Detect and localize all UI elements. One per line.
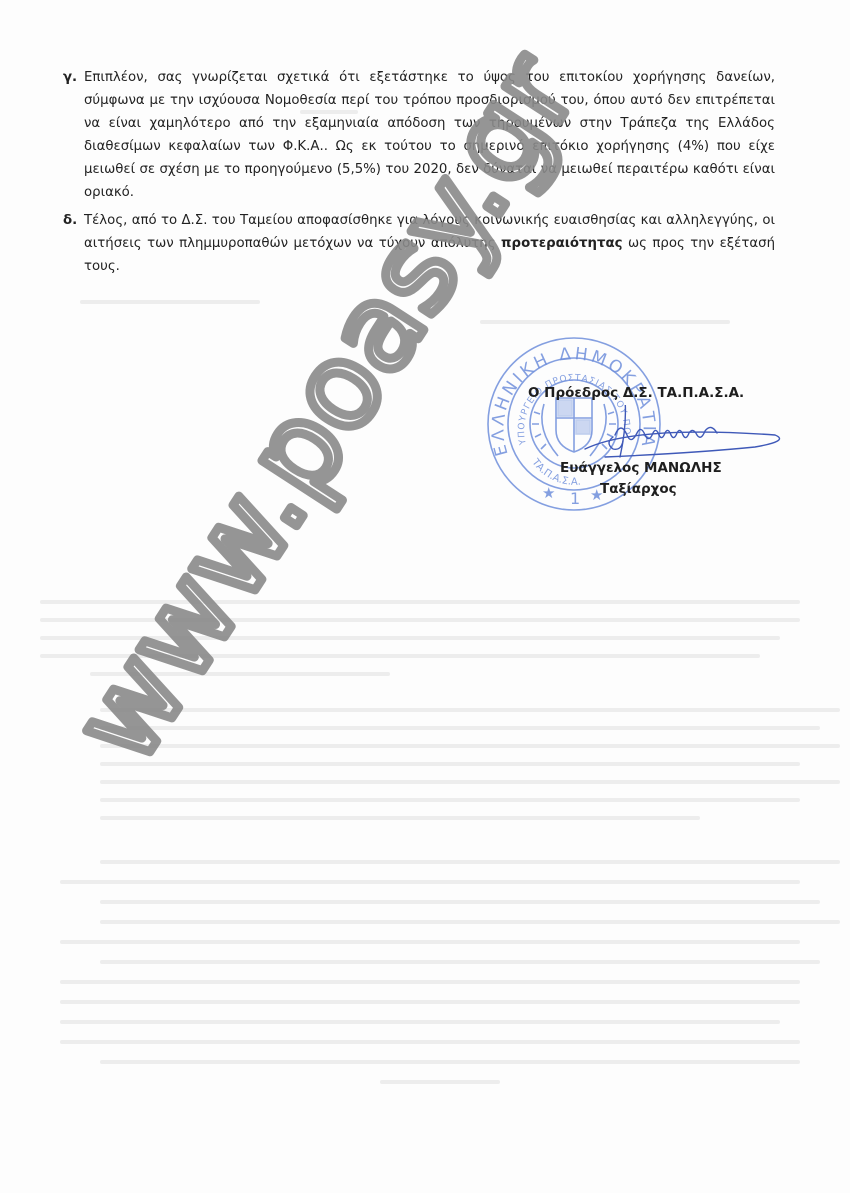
paragraph-text: Επιπλέον, σας γνωρίζεται σχετικά ότι εξε…	[84, 66, 775, 204]
svg-text:★: ★	[542, 484, 555, 502]
paragraph-marker: γ.	[63, 66, 81, 89]
svg-text:1: 1	[570, 489, 580, 508]
paragraph-gamma: γ. Επιπλέον, σας γνωρίζεται σχετικά ότι …	[63, 66, 775, 204]
priority-emphasis: προτεραιότητας	[501, 236, 622, 251]
paragraph-marker: δ.	[63, 209, 81, 232]
signatory-title: Ο Πρόεδρος Δ.Σ. ΤΑ.Π.Α.Σ.Α.	[528, 385, 744, 401]
signatory-name: Ευάγγελος ΜΑΝΩΛΗΣ	[560, 460, 722, 476]
handwritten-signature	[575, 405, 790, 465]
paragraph-text-container: Τέλος, από το Δ.Σ. του Ταμείου αποφασίσθ…	[84, 209, 775, 278]
document-page: γ. Επιπλέον, σας γνωρίζεται σχετικά ότι …	[0, 0, 850, 1193]
paragraph-delta: δ. Τέλος, από το Δ.Σ. του Ταμείου αποφασ…	[63, 209, 775, 278]
signatory-rank: Ταξίαρχος	[600, 481, 677, 497]
